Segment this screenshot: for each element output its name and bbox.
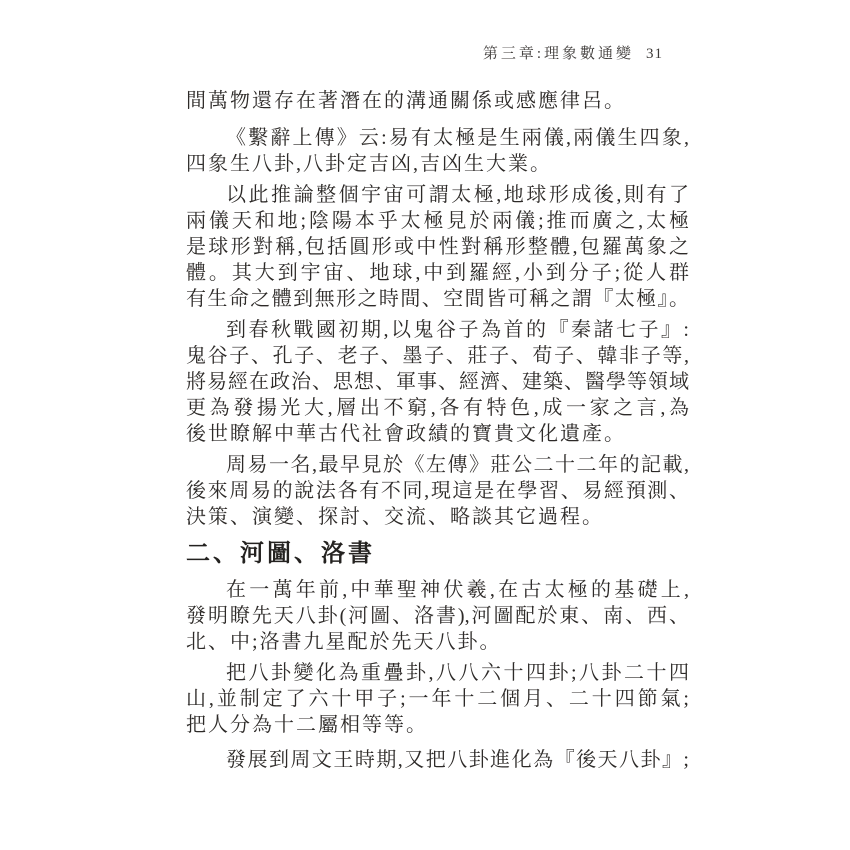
page-number: 31 bbox=[646, 46, 663, 62]
book-page: 第三章:理象數通變31 間萬物還存在著潛在的溝通關係或感應律呂。 《繫辭上傳》云… bbox=[0, 0, 850, 850]
page-body: 間萬物還存在著潛在的溝通關係或感應律呂。 《繫辭上傳》云:易有太極是生兩儀,兩儀… bbox=[186, 88, 689, 778]
text-line: 發明瞭先天八卦(河圖、洛書),河圖配於東、南、西、 bbox=[186, 603, 689, 629]
running-header: 第三章:理象數通變31 bbox=[0, 42, 663, 63]
paragraph: 把八卦變化為重疊卦,八八六十四卦;八卦二十四 山,並制定了六十甲子;一年十二個月… bbox=[186, 660, 689, 738]
text-line: 更為發揚光大,層出不窮,各有特色,成一家之言,為 bbox=[186, 395, 689, 421]
text-line: 有生命之體到無形之時間、空間皆可稱之謂『太極』。 bbox=[186, 286, 689, 312]
text-line: 後來周易的說法各有不同,現這是在學習、易經預測、 bbox=[186, 478, 689, 504]
text-line: 是球形對稱,包括圓形或中性對稱形整體,包羅萬象之 bbox=[186, 234, 689, 260]
paragraph: 《繫辭上傳》云:易有太極是生兩儀,兩儀生四象, 四象生八卦,八卦定吉凶,吉凶生大… bbox=[186, 125, 689, 177]
text-line: 決策、演變、探討、交流、略談其它過程。 bbox=[186, 504, 689, 530]
text-line: 四象生八卦,八卦定吉凶,吉凶生大業。 bbox=[186, 151, 689, 177]
text-line: 體。其大到宇宙、地球,中到羅經,小到分子;從人群 bbox=[186, 260, 689, 286]
text-line: 在一萬年前,中華聖神伏羲,在古太極的基礎上, bbox=[186, 577, 689, 603]
text-line: 將易經在政治、思想、軍事、經濟、建築、醫學等領域 bbox=[186, 369, 689, 395]
text-line: 到春秋戰國初期,以鬼谷子為首的『秦諸七子』: bbox=[186, 317, 689, 343]
section-heading: 二、河圖、洛書 bbox=[186, 539, 689, 569]
text-line: 以此推論整個宇宙可謂太極,地球形成後,則有了 bbox=[186, 182, 689, 208]
text-line: 《繫辭上傳》云:易有太極是生兩儀,兩儀生四象, bbox=[186, 125, 689, 151]
paragraph: 到春秋戰國初期,以鬼谷子為首的『秦諸七子』: 鬼谷子、孔子、老子、墨子、莊子、荀… bbox=[186, 317, 689, 447]
text-line: 把人分為十二屬相等等。 bbox=[186, 712, 689, 738]
text-line: 間萬物還存在著潛在的溝通關係或感應律呂。 bbox=[186, 88, 689, 114]
text-line: 發展到周文王時期,又把八卦進化為『後天八卦』; bbox=[186, 747, 689, 773]
text-line: 鬼谷子、孔子、老子、墨子、莊子、荀子、韓非子等, bbox=[186, 343, 689, 369]
text-line: 北、中;洛書九星配於先天八卦。 bbox=[186, 629, 689, 655]
text-line: 把八卦變化為重疊卦,八八六十四卦;八卦二十四 bbox=[186, 660, 689, 686]
paragraph: 在一萬年前,中華聖神伏羲,在古太極的基礎上, 發明瞭先天八卦(河圖、洛書),河圖… bbox=[186, 577, 689, 655]
text-line: 周易一名,最早見於《左傳》莊公二十二年的記載, bbox=[186, 452, 689, 478]
text-line: 山,並制定了六十甲子;一年十二個月、二十四節氣; bbox=[186, 686, 689, 712]
paragraph: 發展到周文王時期,又把八卦進化為『後天八卦』; bbox=[186, 747, 689, 773]
paragraph: 周易一名,最早見於《左傳》莊公二十二年的記載, 後來周易的說法各有不同,現這是在… bbox=[186, 452, 689, 530]
text-line: 兩儀天和地;陰陽本乎太極見於兩儀;推而廣之,太極 bbox=[186, 208, 689, 234]
chapter-title: 第三章:理象數通變 bbox=[483, 46, 634, 62]
text-line: 後世瞭解中華古代社會政績的寶貴文化遺產。 bbox=[186, 421, 689, 447]
paragraph: 間萬物還存在著潛在的溝通關係或感應律呂。 bbox=[186, 88, 689, 114]
paragraph: 以此推論整個宇宙可謂太極,地球形成後,則有了 兩儀天和地;陰陽本乎太極見於兩儀;… bbox=[186, 182, 689, 312]
